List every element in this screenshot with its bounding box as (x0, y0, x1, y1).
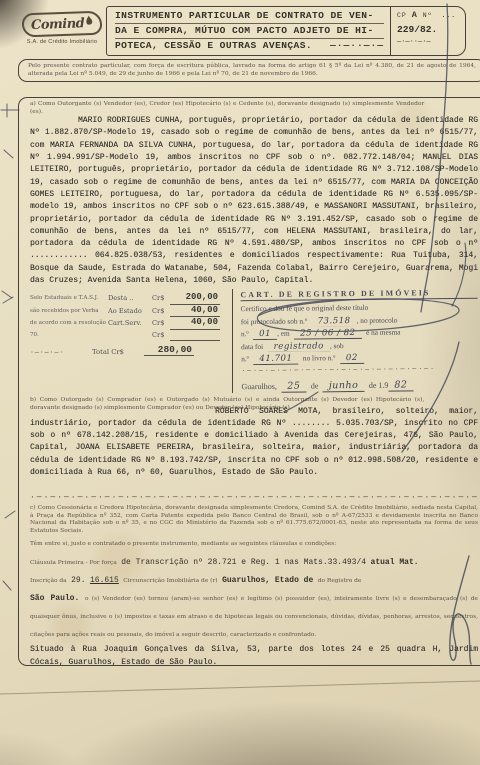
fees-stamp: Selo Estaduais e T.A.S.J. Desta .. Cr$ 2… (30, 289, 233, 393)
flame-icon (86, 14, 94, 29)
ref-cp: CP (397, 12, 407, 19)
logo-subtitle: S.A. de Crédito Imobiliário (18, 39, 106, 45)
clause-a-intro: a) Como Outorgante (s) Vendedor (es), Cr… (30, 101, 424, 116)
fee-unit: Cr$ (152, 330, 170, 342)
district-name: Guarulhos, Etado de (222, 576, 313, 585)
date-place: Guarulhos, (241, 382, 276, 391)
registry-stamp: CART. DE REGISTRO DE IMÓVEIS Certifico e… (232, 288, 478, 395)
fee-label: 70. (30, 330, 108, 342)
date-day-handwritten: 25 (281, 381, 306, 393)
ref-no: Nº (423, 12, 433, 19)
transcription-number: de Transcrição nº 28.721 e Reg. 1 nas Ma… (121, 558, 366, 567)
stamps-row: Selo Estaduais e T.A.S.J. Desta .. Cr$ 2… (30, 289, 478, 393)
fee-value: 40,00 (170, 305, 220, 318)
protocol-seq-handwritten: 01 (253, 329, 277, 340)
preamble-text: Pelo presente contrato particular, com f… (28, 63, 476, 78)
registry-stamp-body: Certifico e dou fé que o original deste … (241, 300, 479, 365)
fee-row: 70. Cr$ (30, 330, 226, 342)
clause-first: Cláusula Primeira - Por força de Transcr… (30, 551, 478, 641)
fee-label: são recebidos por Verba (30, 306, 108, 318)
ref-dots: ... (441, 12, 456, 19)
title-dashes: —·—··—·— (330, 39, 384, 52)
title-line-2: DA E COMPRA, MÚTUO COM PACTO ADJETO DE H… (115, 24, 384, 39)
agreement-line: Têm entre si, justo e contratado o prese… (30, 541, 478, 549)
date-month-handwritten: junho (323, 380, 365, 392)
contract-ref-labels: CP A Nº ... (397, 10, 461, 20)
fee-item: Ao Estado (108, 306, 152, 318)
document-title: INSTRUMENTO PARTICULAR DE CONTRATO DE VE… (107, 7, 390, 55)
property-address: Situado à Rua Joaquim Gonçalves da Silva… (30, 644, 478, 666)
fee-total-label: Total Cr$ (92, 348, 144, 356)
document-header: Comind S.A. de Crédito Imobiliário INSTR… (18, 6, 466, 56)
title-line-1: INSTRUMENTO PARTICULAR DE CONTRATO DE VE… (115, 9, 384, 24)
title-line-3: POTECA, CESSÃO E OUTRAS AVENÇAS. —·—··—·… (115, 39, 384, 53)
fee-item: Cart.Serv. (108, 318, 152, 330)
fee-unit: Cr$ (152, 318, 170, 330)
registry-line: n.º 41.701 no livro n.º 02 (241, 350, 478, 365)
fee-value: 200,00 (170, 292, 220, 305)
title-box: INSTRUMENTO PARTICULAR DE CONTRATO DE VE… (106, 6, 466, 56)
comind-logo: Comind S.A. de Crédito Imobiliário (18, 6, 106, 56)
clause-c-intro: c) Como Cessionária e Credora Hipotecári… (30, 505, 478, 535)
contract-ref: CP A Nº ... 229/82. —·—··—·— (390, 7, 465, 55)
dashed-separator: ·—·—·—·—·—·—·—·—·—·—·—·—·—·—·—·—·—·—·—·—… (30, 493, 478, 503)
fee-item: Desta .. (108, 293, 152, 305)
fees-total-row: ·—·—·—· Total Cr$ 280,00 (30, 344, 226, 356)
ref-a: A (412, 10, 418, 20)
buyers-paragraph: ROBERTO SOARES MOTA, brasileiro, solteir… (30, 406, 478, 480)
fee-row: Selo Estaduais e T.A.S.J. Desta .. Cr$ 2… (30, 292, 226, 305)
date-line: Guarulhos, 25 de junho de 1.982 (241, 374, 478, 394)
logo-stamp: Comind (21, 11, 102, 38)
logo-text: Comind (31, 16, 85, 33)
fee-row: são recebidos por Verba Ao Estado Cr$ 40… (30, 305, 226, 318)
fee-total-value: 280,00 (144, 344, 194, 356)
registration-number-handwritten: 41.701 (253, 354, 298, 365)
contract-body-box: a) Como Outorgante (s) Vendedor (es), Cr… (18, 97, 480, 666)
fee-label: de acordo com a resolução (30, 318, 108, 330)
fee-unit: Cr$ (152, 306, 170, 318)
ref-dashes: —·—··—·— (397, 38, 461, 46)
fee-unit: Cr$ (152, 293, 170, 305)
fee-total-dashes: ·—·—·—· (30, 349, 92, 356)
date-year-handwritten: 82 (388, 380, 413, 392)
fee-row: de acordo com a resolução Cart.Serv. Cr$… (30, 317, 226, 330)
preamble-box: Pelo presente contrato particular, com f… (18, 59, 480, 82)
fee-value: 40,00 (170, 317, 220, 330)
fee-value (170, 340, 220, 341)
title-line-3-text: POTECA, CESSÃO E OUTRAS AVENÇAS. (115, 39, 312, 52)
matricula-number: 16.615 (90, 576, 119, 585)
fee-label: Selo Estaduais e T.A.S.J. (30, 293, 108, 305)
book-number-handwritten: 02 (340, 354, 364, 365)
sellers-paragraph: MARIO RODRIGUES CUNHA, português, propri… (30, 115, 478, 287)
contract-number: 229/82. (397, 24, 461, 35)
